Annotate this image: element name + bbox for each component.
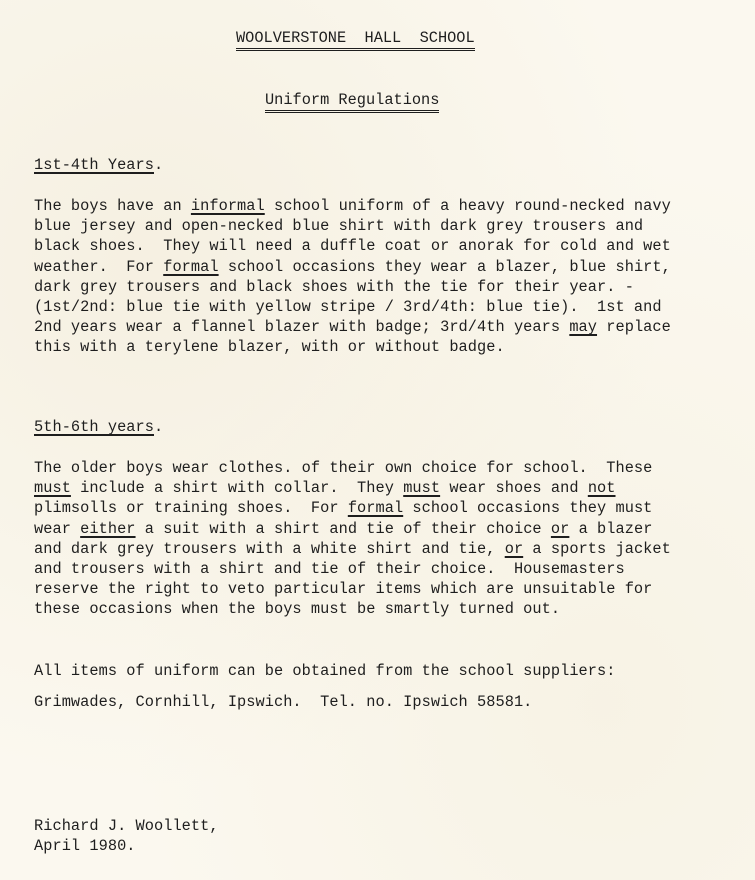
underlined-word: formal xyxy=(163,258,218,276)
text-line: weather. For formal school occasions the… xyxy=(34,257,671,277)
signature-name: Richard J. Woollett, xyxy=(34,816,219,836)
text-segment: a blazer xyxy=(569,520,652,538)
text-line: 2nd years wear a flannel blazer with bad… xyxy=(34,317,671,337)
school-title: WOOLVERSTONE HALL SCHOOL xyxy=(236,29,475,51)
underlined-word: must xyxy=(34,479,71,497)
document-page: WOOLVERSTONE HALL SCHOOL Uniform Regulat… xyxy=(0,0,755,880)
text-line: (1st/2nd: blue tie with yellow stripe / … xyxy=(34,297,662,317)
underlined-word: either xyxy=(80,520,135,538)
section1-heading-text: 1st-4th Years xyxy=(34,156,154,174)
text-line: and dark grey trousers with a white shir… xyxy=(34,539,671,559)
text-line: dark grey trousers and black shoes with … xyxy=(34,277,634,297)
heading-period: . xyxy=(154,418,163,436)
text-line: this with a terylene blazer, with or wit… xyxy=(34,337,505,357)
text-line: plimsolls or training shoes. For formal … xyxy=(34,498,652,518)
text-segment: 2nd years wear a flannel blazer with bad… xyxy=(34,318,569,336)
underlined-word: or xyxy=(551,520,569,538)
text-segment: include a shirt with collar. They xyxy=(71,479,403,497)
section2-heading-text: 5th-6th years xyxy=(34,418,154,436)
text-line: these occasions when the boys must be sm… xyxy=(34,599,560,619)
underlined-word: may xyxy=(569,318,597,336)
underlined-word: or xyxy=(505,540,523,558)
text-segment: dark grey trousers and black shoes with … xyxy=(34,278,634,296)
text-line: reserve the right to veto particular ite… xyxy=(34,579,652,599)
text-segment: these occasions when the boys must be sm… xyxy=(34,600,560,618)
text-line: must include a shirt with collar. They m… xyxy=(34,478,616,498)
section2-heading: 5th-6th years. xyxy=(34,417,163,437)
document-subtitle: Uniform Regulations xyxy=(265,91,439,113)
text-segment: blue jersey and open-necked blue shirt w… xyxy=(34,217,643,235)
text-segment: The older boys wear clothes. of their ow… xyxy=(34,459,652,477)
text-segment: replace xyxy=(597,318,671,336)
text-segment: and trousers with a shirt and tie of the… xyxy=(34,560,625,578)
signature-date: April 1980. xyxy=(34,836,136,856)
heading-period: . xyxy=(154,156,163,174)
text-segment: (1st/2nd: blue tie with yellow stripe / … xyxy=(34,298,662,316)
text-segment: black shoes. They will need a duffle coa… xyxy=(34,237,671,255)
text-segment: The boys have an xyxy=(34,197,191,215)
underlined-word: informal xyxy=(191,197,265,215)
text-segment: a sports jacket xyxy=(523,540,671,558)
text-segment: weather. For xyxy=(34,258,163,276)
text-segment: reserve the right to veto particular ite… xyxy=(34,580,652,598)
text-segment: wear shoes and xyxy=(440,479,588,497)
text-segment: wear xyxy=(34,520,80,538)
underlined-word: formal xyxy=(348,499,403,517)
text-line: wear either a suit with a shirt and tie … xyxy=(34,519,652,539)
text-segment: a suit with a shirt and tie of their cho… xyxy=(136,520,551,538)
text-line: blue jersey and open-necked blue shirt w… xyxy=(34,216,643,236)
text-segment: school occasions they wear a blazer, blu… xyxy=(219,258,671,276)
suppliers-address: Grimwades, Cornhill, Ipswich. Tel. no. I… xyxy=(34,692,532,712)
text-segment: school uniform of a heavy round-necked n… xyxy=(265,197,671,215)
text-segment: school occasions they must xyxy=(403,499,652,517)
text-line: and trousers with a shirt and tie of the… xyxy=(34,559,625,579)
underlined-word: not xyxy=(588,479,616,497)
text-segment: plimsolls or training shoes. For xyxy=(34,499,348,517)
underlined-word: must xyxy=(403,479,440,497)
text-line: The boys have an informal school uniform… xyxy=(34,196,671,216)
suppliers-line: All items of uniform can be obtained fro… xyxy=(34,661,615,681)
text-segment: and dark grey trousers with a white shir… xyxy=(34,540,505,558)
section1-heading: 1st-4th Years. xyxy=(34,155,163,175)
text-line: black shoes. They will need a duffle coa… xyxy=(34,236,671,256)
text-segment: this with a terylene blazer, with or wit… xyxy=(34,338,505,356)
text-line: The older boys wear clothes. of their ow… xyxy=(34,458,652,478)
